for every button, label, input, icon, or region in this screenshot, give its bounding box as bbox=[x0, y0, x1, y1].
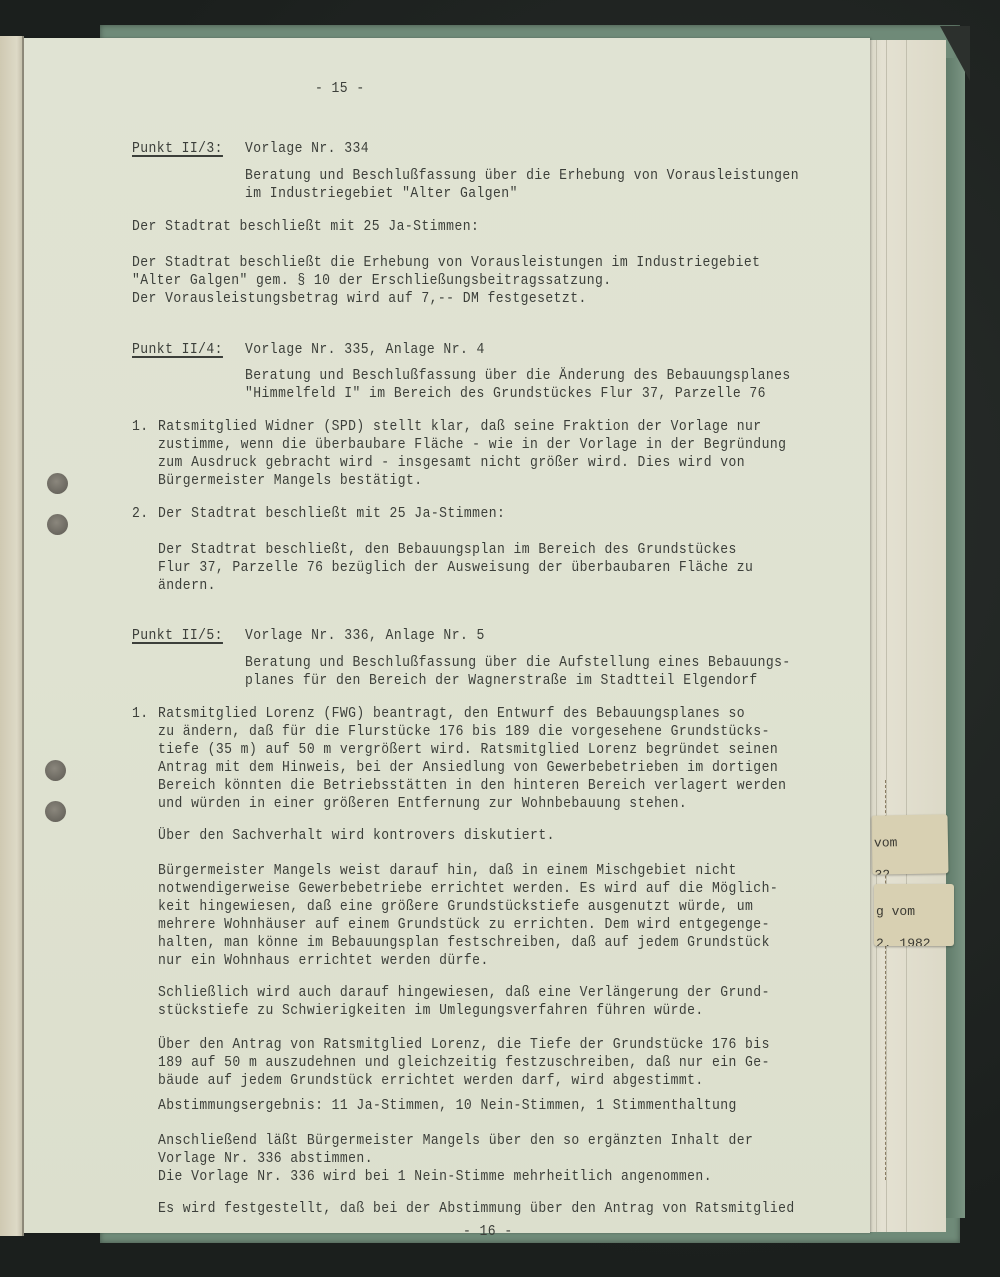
paragraph-line: Der Stadtrat beschließt die Erhebung von… bbox=[132, 253, 760, 271]
item-line: und würden in einer größeren Entfernung … bbox=[158, 794, 687, 812]
paragraph-line: Die Vorlage Nr. 336 wird bei 1 Nein-Stim… bbox=[158, 1167, 712, 1185]
item-line: zum Ausdruck gebracht wird - insgesamt n… bbox=[158, 453, 745, 471]
tab-line: g vom bbox=[876, 904, 950, 920]
punch-hole bbox=[45, 760, 66, 781]
vote-result: Abstimmungsergebnis: 11 Ja-Stimmen, 10 N… bbox=[158, 1096, 737, 1114]
binder-cover-edge bbox=[945, 58, 965, 1218]
previous-page-edge bbox=[0, 36, 24, 1236]
paragraph-line: notwendigerweise Gewerbebetriebe erricht… bbox=[158, 879, 778, 897]
page-number-header: - 15 - bbox=[315, 79, 365, 97]
section-label: Punkt II/5: bbox=[132, 626, 223, 644]
paragraph-line: 189 auf 50 m auszudehnen und gleichzeiti… bbox=[158, 1053, 770, 1071]
tab-line: vom bbox=[874, 834, 944, 851]
item-number: 1. bbox=[132, 704, 149, 722]
paragraph-line: Schließlich wird auch darauf hingewiesen… bbox=[158, 983, 770, 1001]
paragraph-line: mehrere Wohnhäuser auf einem Grundstück … bbox=[158, 915, 770, 933]
punch-hole bbox=[47, 514, 68, 535]
section-subject: "Himmelfeld I" im Bereich des Grundstück… bbox=[245, 384, 766, 402]
paragraph-line: halten, man könne im Bebauungsplan fests… bbox=[158, 933, 770, 951]
item-line: Ratsmitglied Lorenz (FWG) beantragt, den… bbox=[158, 704, 745, 722]
paragraph-line: Über den Sachverhalt wird kontrovers dis… bbox=[158, 826, 555, 844]
item-line: tiefe (35 m) auf 50 m vergrößert wird. R… bbox=[158, 740, 778, 758]
item-number: 2. bbox=[132, 504, 149, 522]
section-title: Vorlage Nr. 335, Anlage Nr. 4 bbox=[245, 340, 485, 358]
paragraph-line: stückstiefe zu Schwierigkeiten im Umlegu… bbox=[158, 1001, 704, 1019]
item-line: ändern. bbox=[158, 576, 216, 594]
section-subject: planes für den Bereich der Wagnerstraße … bbox=[245, 671, 758, 689]
section-title: Vorlage Nr. 334 bbox=[245, 139, 369, 157]
section-subject: Beratung und Beschlußfassung über die Er… bbox=[245, 166, 799, 184]
item-number: 1. bbox=[132, 417, 149, 435]
item-line: zu ändern, daß für die Flurstücke 176 bi… bbox=[158, 722, 770, 740]
section-label: Punkt II/4: bbox=[132, 340, 223, 358]
item-line: Bereich könnten die Betriebsstätten in d… bbox=[158, 776, 786, 794]
tab-line: 2. 1982 bbox=[876, 936, 950, 946]
punch-hole bbox=[47, 473, 68, 494]
paragraph-line: bäude auf jedem Grundstück errichtet wer… bbox=[158, 1071, 704, 1089]
item-line: Der Stadtrat beschließt, den Bebauungspl… bbox=[158, 540, 737, 558]
paragraph-line: nur ein Wohnhaus errichtet werden dürfe. bbox=[158, 951, 489, 969]
page-stack bbox=[865, 40, 946, 1232]
section-title: Vorlage Nr. 336, Anlage Nr. 5 bbox=[245, 626, 485, 644]
tab-line: 32 bbox=[874, 866, 944, 874]
item-line: Antrag mit dem Hinweis, bei der Ansiedlu… bbox=[158, 758, 778, 776]
paragraph-line: keit hingewiesen, daß eine größere Grund… bbox=[158, 897, 753, 915]
item-line: zustimme, wenn die überbaubare Fläche - … bbox=[158, 435, 786, 453]
paragraph-line: Über den Antrag von Ratsmitglied Lorenz,… bbox=[158, 1035, 770, 1053]
paragraph-line: Anschließend läßt Bürgermeister Mangels … bbox=[158, 1131, 753, 1149]
paragraph-line: Es wird festgestellt, daß bei der Abstim… bbox=[158, 1199, 795, 1217]
page-number-footer: - 16 - bbox=[463, 1222, 513, 1240]
index-tab-2[interactable]: g vom 2. 1982 . VIII bbox=[874, 884, 954, 946]
paragraph-line: Bürgermeister Mangels weist darauf hin, … bbox=[158, 861, 737, 879]
item-line: Ratsmitglied Widner (SPD) stellt klar, d… bbox=[158, 417, 762, 435]
section-subject: Beratung und Beschlußfassung über die Än… bbox=[245, 366, 791, 384]
punch-hole bbox=[45, 801, 66, 822]
paragraph-line: Der Vorausleistungsbetrag wird auf 7,-- … bbox=[132, 289, 587, 307]
item-line: Flur 37, Parzelle 76 bezüglich der Auswe… bbox=[158, 558, 753, 576]
item-line: Der Stadtrat beschließt mit 25 Ja-Stimme… bbox=[158, 504, 505, 522]
section-subject: im Industriegebiet "Alter Galgen" bbox=[245, 184, 518, 202]
item-line: Bürgermeister Mangels bestätigt. bbox=[158, 471, 423, 489]
paragraph-line: "Alter Galgen" gem. § 10 der Erschließun… bbox=[132, 271, 612, 289]
section-label: Punkt II/3: bbox=[132, 139, 223, 157]
paragraph-line: Der Stadtrat beschließt mit 25 Ja-Stimme… bbox=[132, 217, 479, 235]
index-tab-1[interactable]: vom 32 VIII bbox=[871, 814, 948, 874]
section-subject: Beratung und Beschlußfassung über die Au… bbox=[245, 653, 791, 671]
paragraph-line: Vorlage Nr. 336 abstimmen. bbox=[158, 1149, 373, 1167]
